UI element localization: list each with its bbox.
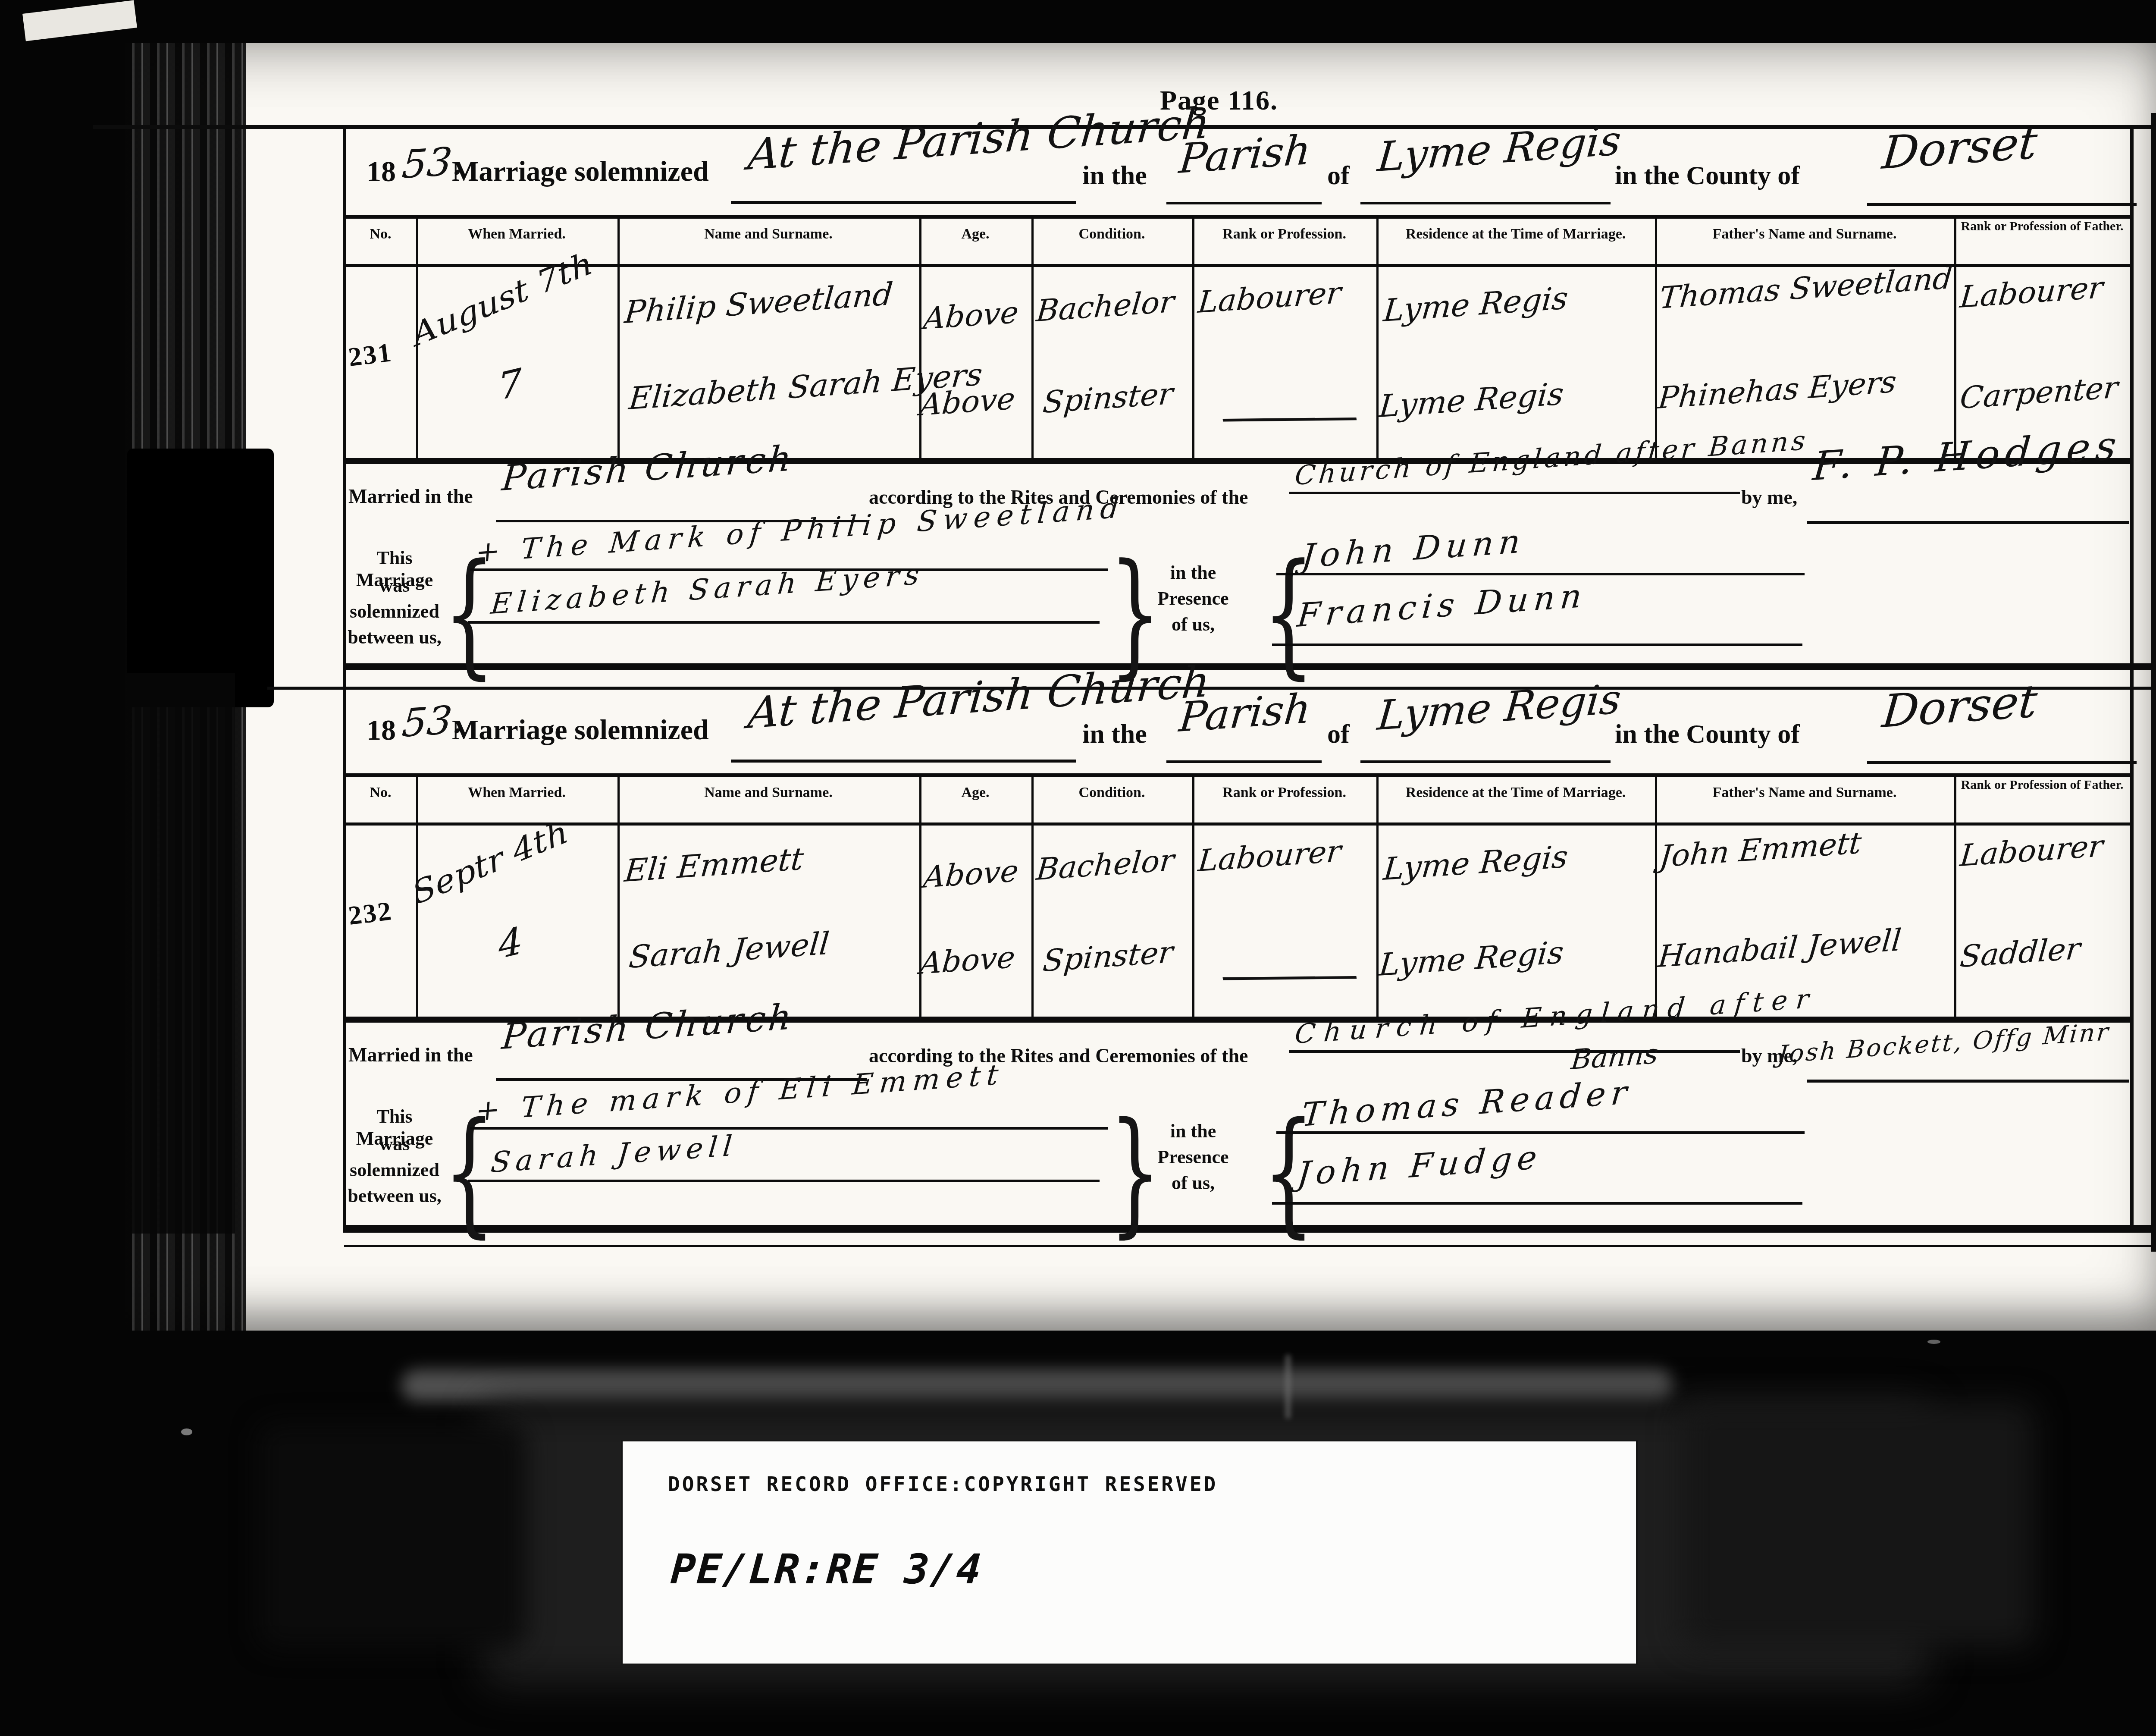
- bride-signature: Elizabeth Sarah Eyers: [489, 558, 926, 621]
- fill-rule: [731, 201, 1076, 204]
- col-header-age: Age.: [919, 226, 1031, 242]
- fill-rule: [1276, 573, 1805, 575]
- bride-father-rank: Carpenter: [1959, 370, 2119, 416]
- fill-rule: [731, 760, 1076, 763]
- rites-extra-handwritten: Banns: [1570, 1038, 1660, 1076]
- groom-rank: Labourer: [1197, 833, 1343, 879]
- fill-rule: [1166, 202, 1322, 204]
- col-header-name-surname: Name and Surname.: [617, 785, 919, 801]
- when-married-day: 7: [496, 360, 525, 409]
- county-handwritten: Dorset: [1880, 116, 2040, 179]
- this-marriage-label: solemnized: [345, 600, 444, 622]
- this-marriage-label: between us,: [345, 1185, 444, 1207]
- groom-father-name: John Emmett: [1658, 825, 1863, 874]
- witness-1-signature: John Dunn: [1300, 521, 1527, 575]
- column-divider: [1376, 215, 1379, 464]
- year-prefix-label: 18: [367, 713, 396, 747]
- record-number: 231: [347, 337, 394, 373]
- parish-handwritten: Parish: [1177, 685, 1313, 741]
- parish-handwritten: Parish: [1177, 126, 1313, 183]
- col-header-age: Age.: [919, 785, 1031, 801]
- this-marriage-label: was: [345, 1133, 444, 1155]
- groom-condition: Bachelor: [1035, 842, 1176, 887]
- married-in-label: Married in the: [348, 1043, 473, 1066]
- county-label: in the County of: [1615, 160, 1800, 191]
- presence-label: of us,: [1148, 613, 1238, 635]
- col-header-father-rank: Rank or Profession of Father.: [1954, 778, 2130, 792]
- column-divider: [1031, 773, 1034, 1023]
- col-header-father: Father's Name and Surname.: [1655, 785, 1954, 801]
- by-me-label: by me,: [1741, 486, 1797, 509]
- bride-father-name: Phinehas Eyers: [1657, 364, 1898, 416]
- year-prefix-label: 18: [367, 154, 396, 188]
- fill-rule: [1360, 202, 1611, 204]
- column-divider: [617, 215, 620, 464]
- fill-rule: [1289, 492, 1740, 494]
- presence-label: of us,: [1148, 1172, 1238, 1194]
- col-header-no: No.: [345, 226, 416, 242]
- officiant-signature: Josh Bockett, Offg Minr: [1777, 1018, 2111, 1069]
- scan-ghost-artifact: [1285, 1354, 1291, 1419]
- col-header-father-rank: Rank or Profession of Father.: [1954, 219, 2130, 234]
- presence-label: Presence: [1148, 1146, 1238, 1168]
- bride-father-rank: Saddler: [1959, 931, 2082, 974]
- fill-rule: [1276, 1131, 1805, 1134]
- scan-black-blob: [127, 449, 274, 707]
- col-header-condition: Condition.: [1031, 226, 1192, 242]
- scan-speck: [1927, 1340, 1940, 1344]
- groom-father-rank: Labourer: [1959, 828, 2105, 873]
- marriage-solemnized-label: Marriage solemnized: [452, 155, 709, 188]
- bride-name: Sarah Jewell: [627, 925, 831, 975]
- groom-father-rank: Labourer: [1959, 270, 2105, 315]
- groom-mark-signature: + The Mark of Philip Sweetland: [474, 491, 1126, 569]
- when-married-handwritten: Septr 4th: [408, 813, 572, 912]
- this-marriage-label: was: [345, 574, 444, 596]
- fill-rule: [1272, 644, 1802, 646]
- table-right-border: [2130, 126, 2134, 1233]
- col-header-when-married: When Married.: [416, 785, 617, 801]
- bride-rank-dash: —: [1213, 390, 1366, 442]
- fill-rule: [1166, 760, 1322, 763]
- in-the-label: in the: [1082, 160, 1147, 191]
- groom-age: Above: [922, 295, 1020, 336]
- officiant-signature: F. P. Hodges: [1811, 422, 2123, 490]
- rule-line: [345, 215, 2130, 219]
- column-divider: [1376, 773, 1379, 1023]
- copyright-notice: DORSET RECORD OFFICE:COPYRIGHT RESERVED: [668, 1472, 1218, 1496]
- county-label: in the County of: [1615, 719, 1800, 750]
- bride-age: Above: [918, 939, 1017, 981]
- bride-residence: Lyme Regis: [1378, 934, 1565, 983]
- presence-label: in the: [1148, 562, 1238, 584]
- register-entry-section: 18 53. Marriage solemnized At the Parish…: [345, 129, 2130, 673]
- of-label: of: [1327, 160, 1350, 191]
- col-header-rank: Rank or Profession.: [1192, 785, 1376, 801]
- scan-ghost-artifact: [1682, 1402, 2035, 1648]
- page-right-border: [2151, 113, 2156, 1252]
- county-handwritten: Dorset: [1880, 675, 2040, 738]
- groom-name: Eli Emmett: [623, 841, 805, 889]
- of-label: of: [1327, 719, 1350, 750]
- col-header-condition: Condition.: [1031, 785, 1192, 801]
- column-divider: [1031, 215, 1034, 464]
- col-header-no: No.: [345, 785, 416, 801]
- when-married-handwritten: August 7th: [408, 244, 597, 353]
- col-header-residence: Residence at the Time of Marriage.: [1376, 226, 1655, 242]
- bride-father-name: Hanabail Jewell: [1657, 922, 1903, 974]
- scan-speck: [181, 1428, 192, 1435]
- reference-code: PE/LR:RE 3/4: [669, 1546, 984, 1593]
- witness-1-signature: Thomas Reader: [1300, 1073, 1634, 1134]
- fill-rule: [1289, 1050, 1740, 1053]
- col-header-residence: Residence at the Time of Marriage.: [1376, 785, 1655, 801]
- col-header-name-surname: Name and Surname.: [617, 226, 919, 242]
- fill-rule: [1867, 203, 2137, 206]
- groom-name: Philip Sweetland: [623, 276, 894, 330]
- column-divider: [919, 773, 921, 1023]
- bride-signature: Sarah Jewell: [489, 1129, 739, 1179]
- groom-residence: Lyme Regis: [1382, 838, 1570, 887]
- scanned-register-document: Page 116. DORSET RECORD OFFICE:COPYRIGHT…: [0, 0, 2156, 1736]
- groom-residence: Lyme Regis: [1382, 280, 1570, 329]
- column-divider: [1192, 215, 1194, 464]
- married-in-handwritten: Parish Church: [500, 996, 796, 1058]
- scan-corner-artifact: [22, 0, 137, 41]
- register-entry-section: 18 53. Marriage solemnized At the Parish…: [345, 688, 2130, 1231]
- record-number: 232: [347, 896, 394, 932]
- when-married-day: 4: [496, 919, 525, 967]
- column-divider: [1954, 215, 1956, 464]
- col-header-when-married: When Married.: [416, 226, 617, 242]
- rites-handwritten: Church of England after: [1294, 982, 1818, 1050]
- groom-condition: Bachelor: [1035, 284, 1176, 329]
- groom-age: Above: [922, 853, 1020, 895]
- column-divider: [1192, 773, 1194, 1023]
- fill-rule: [1807, 1080, 2129, 1083]
- column-divider: [617, 773, 620, 1023]
- column-divider: [1655, 215, 1657, 464]
- fill-rule: [1807, 521, 2129, 524]
- column-divider: [1655, 773, 1657, 1023]
- rule-line: [344, 1245, 2153, 1247]
- fill-rule: [470, 1127, 1108, 1130]
- column-divider: [919, 215, 921, 464]
- rule-line: [345, 773, 2130, 777]
- presence-label: in the: [1148, 1120, 1238, 1142]
- fill-rule: [1360, 760, 1611, 763]
- presence-label: Presence: [1148, 587, 1238, 609]
- married-in-label: Married in the: [348, 485, 473, 508]
- groom-rank: Labourer: [1197, 275, 1343, 320]
- bride-residence: Lyme Regis: [1378, 376, 1565, 424]
- col-header-rank: Rank or Profession.: [1192, 226, 1376, 242]
- bride-rank-dash: —: [1213, 949, 1366, 1001]
- this-marriage-label: solemnized: [345, 1159, 444, 1181]
- archive-stamp-label: DORSET RECORD OFFICE:COPYRIGHT RESERVED …: [621, 1440, 1638, 1665]
- bride-condition: Spinster: [1041, 376, 1175, 420]
- scan-ghost-artifact: [401, 1369, 1673, 1402]
- groom-father-name: Thomas Sweetland: [1658, 260, 1954, 316]
- groom-mark-signature: + The mark of Eli Emmett: [474, 1058, 1006, 1127]
- in-the-label: in the: [1082, 719, 1147, 750]
- witness-2-signature: Francis Dunn: [1296, 576, 1589, 634]
- fill-rule: [468, 621, 1100, 624]
- this-marriage-label: between us,: [345, 626, 444, 648]
- bride-condition: Spinster: [1041, 934, 1175, 979]
- scan-dark-margin: [127, 673, 235, 1234]
- fill-rule: [1272, 1202, 1802, 1205]
- fill-rule: [1867, 761, 2137, 764]
- scan-ghost-artifact: [259, 1423, 526, 1648]
- witness-2-signature: John Fudge: [1296, 1138, 1544, 1193]
- fill-rule: [468, 1180, 1100, 1182]
- column-divider: [1954, 773, 1956, 1023]
- bride-age: Above: [918, 381, 1017, 423]
- rites-handwritten: Church of England after Banns: [1294, 424, 1810, 491]
- married-in-handwritten: Parish Church: [500, 438, 796, 499]
- col-header-father: Father's Name and Surname.: [1655, 226, 1954, 242]
- marriage-solemnized-label: Marriage solemnized: [452, 714, 709, 747]
